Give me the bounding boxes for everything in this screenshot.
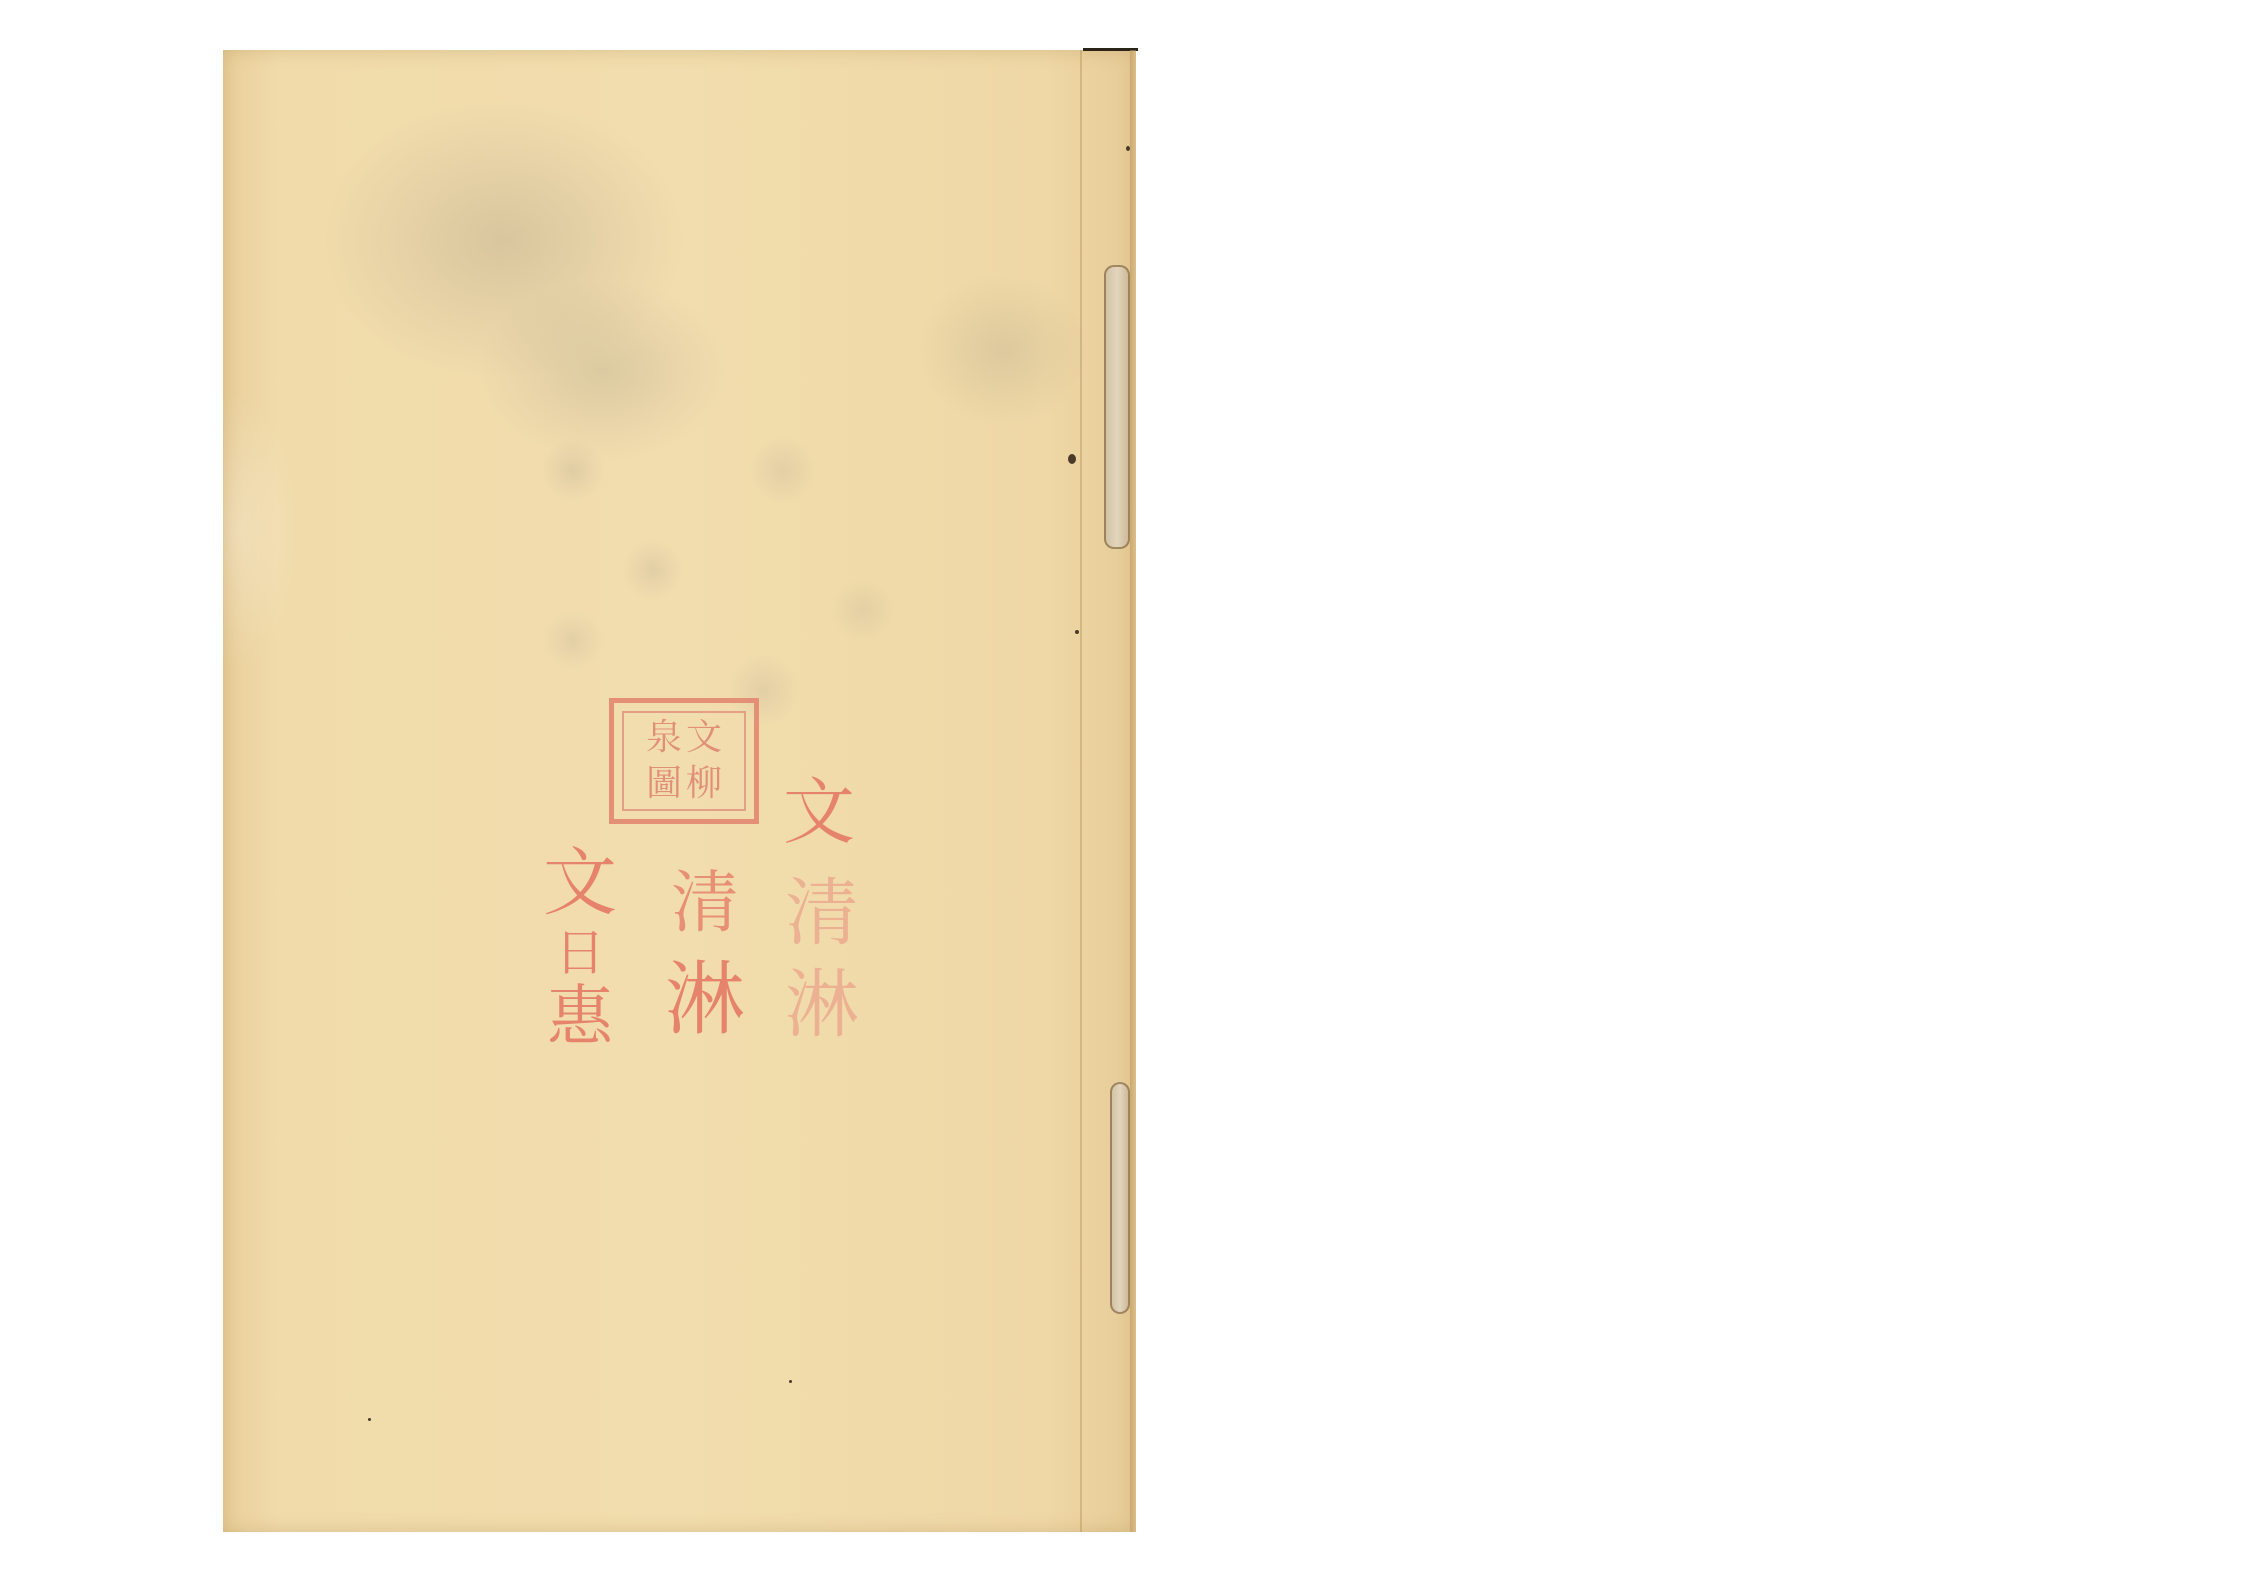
seal-column-left: 泉 圖 xyxy=(646,715,682,807)
stamp-char: 清 xyxy=(785,876,859,950)
stamp-char: 清 xyxy=(671,870,739,938)
seal-char: 圖 xyxy=(646,762,682,806)
ink-speck xyxy=(1068,454,1076,464)
stamp-column-middle: 清 淋 xyxy=(665,870,745,1040)
binding-thread-lower xyxy=(1110,1082,1130,1314)
spine-fold-line xyxy=(1080,50,1082,1532)
stamp-char: 惠 xyxy=(547,984,613,1050)
binding-thread-upper xyxy=(1104,265,1130,549)
stamp-column-right-faded: 清 淋 xyxy=(785,876,859,1042)
stamp-column-right: 文 xyxy=(783,776,855,848)
square-library-seal: 文 柳 泉 圖 xyxy=(609,698,759,824)
stamp-char: 淋 xyxy=(665,960,745,1040)
ink-speck xyxy=(1126,146,1130,151)
stamp-column-left: 文 日 惠 xyxy=(543,846,617,1050)
stamp-char: 文 xyxy=(543,846,617,920)
page-right-edge xyxy=(1130,50,1136,1532)
seal-char: 文 xyxy=(686,716,722,760)
stamp-char: 淋 xyxy=(785,968,859,1042)
ink-speck xyxy=(1075,630,1079,634)
seal-column-right: 文 柳 xyxy=(686,715,722,807)
stamp-char: 日 xyxy=(555,928,605,978)
ink-speck xyxy=(368,1418,371,1421)
seal-char: 泉 xyxy=(646,716,682,760)
ink-speck xyxy=(789,1380,792,1383)
book-page: 文 柳 泉 圖 文 清 淋 清 淋 文 日 惠 xyxy=(223,50,1136,1532)
seal-char: 柳 xyxy=(686,762,722,806)
stamp-char: 文 xyxy=(783,776,855,848)
